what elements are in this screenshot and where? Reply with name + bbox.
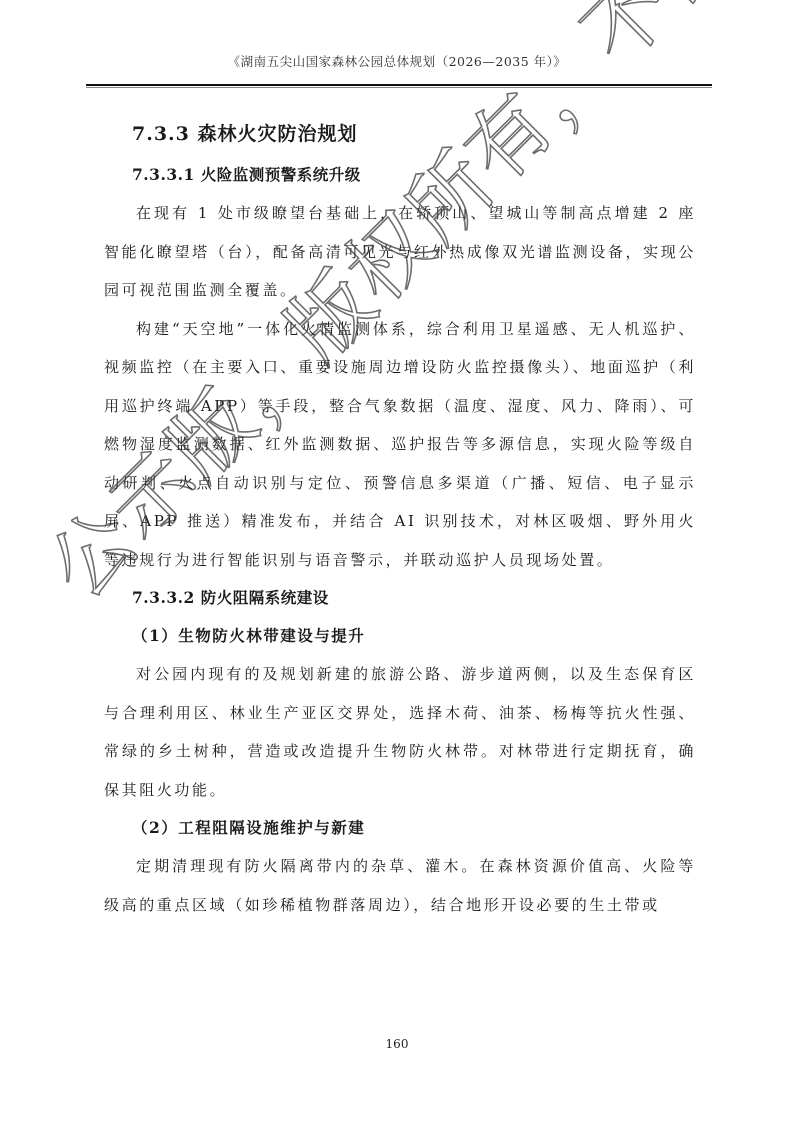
page-body: 7.3.3 森林火灾防治规划 7.3.3.1 火险监测预警系统升级 在现有 1 … <box>104 112 696 924</box>
paragraph-monitoring-system: 构建“天空地”一体化火情监测体系，综合利用卫星遥感、无人机巡护、视频监控（在主要… <box>104 310 696 580</box>
section-heading: 7.3.3 森林火灾防治规划 <box>104 112 696 156</box>
paragraph-engineering-firebreak: 定期清理现有防火隔离带内的杂草、灌木。在森林资源价值高、火险等级高的重点区域（如… <box>104 847 696 924</box>
running-header-title: 《湖南五尖山国家森林公园总体规划（2026—2035 年）》 <box>0 52 794 70</box>
paragraph-biological-firebreak: 对公园内现有的及规划新建的旅游公路、游步道两侧，以及生态保育区与合理利用区、林业… <box>104 655 696 809</box>
page-number: 160 <box>0 1037 794 1051</box>
item-heading-biological-firebreak: （1）生物防火林带建设与提升 <box>104 617 696 655</box>
subsection-heading-fire-monitoring: 7.3.3.1 火险监测预警系统升级 <box>104 156 696 194</box>
item-heading-engineering-firebreak: （2）工程阻隔设施维护与新建 <box>104 809 696 847</box>
header-divider <box>86 84 712 86</box>
paragraph-lookout-towers: 在现有 1 处市级瞭望台基础上，在轿顶山、望城山等制高点增建 2 座智能化瞭望塔… <box>104 194 696 310</box>
subsection-heading-firebreak-system: 7.3.3.2 防火阻隔系统建设 <box>104 579 696 617</box>
